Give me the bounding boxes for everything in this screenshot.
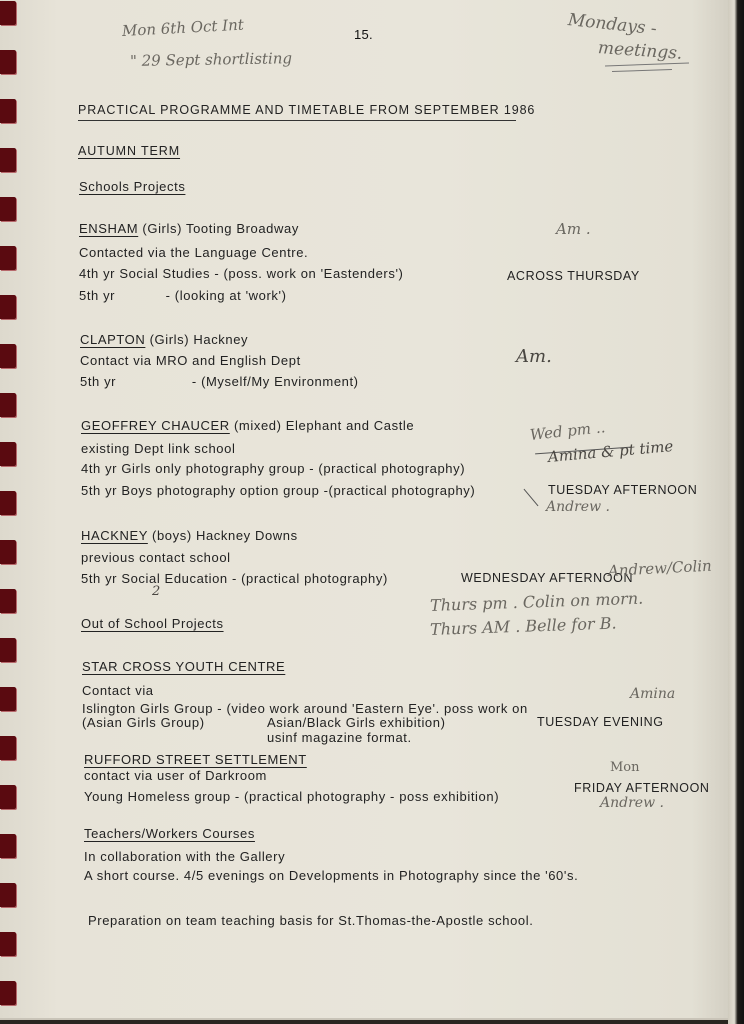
school-line: 5th yr Social Education - (practical pho… xyxy=(81,571,388,586)
binding-hole xyxy=(0,687,16,711)
handwritten-note: Andrew/Colin xyxy=(608,557,713,580)
schools-projects-heading: Schools Projects xyxy=(79,179,185,194)
binding-hole xyxy=(0,540,16,564)
binding-hole xyxy=(0,442,16,466)
underline-mark xyxy=(605,63,689,67)
school-line: 5th yr - (looking at 'work') xyxy=(79,288,287,303)
binding-hole xyxy=(0,246,16,270)
school-line: 4th yr Social Studies - (poss. work on '… xyxy=(79,266,403,281)
school-location: (Girls) Hackney xyxy=(145,332,248,347)
handwritten-note: Mon xyxy=(610,760,640,775)
school-name: HACKNEY xyxy=(81,528,148,543)
handwritten-note: Amina xyxy=(630,686,675,702)
school-name: GEOFFREY CHAUCER xyxy=(81,418,230,433)
handwritten-note-top-left-2: " 29 Sept shortlisting xyxy=(130,49,292,70)
school-line: Contacted via the Language Centre. xyxy=(79,245,308,260)
school-line: existing Dept link school xyxy=(81,441,235,456)
document-title: PRACTICAL PROGRAMME AND TIMETABLE FROM S… xyxy=(78,103,535,117)
course-line: In collaboration with the Gallery xyxy=(84,849,285,864)
notebook-page: Mon 6th Oct Int " 29 Sept shortlisting 1… xyxy=(0,0,728,1020)
binding-hole xyxy=(0,148,16,172)
project-line: usinf magazine format. xyxy=(267,730,412,745)
binding-hole xyxy=(0,197,16,221)
binding-hole xyxy=(0,50,16,74)
school-line: Contact via MRO and English Dept xyxy=(80,353,301,368)
school-heading-ensham: ENSHAM (Girls) Tooting Broadway xyxy=(79,221,299,236)
project-line: Islington Girls Group - (video work arou… xyxy=(82,701,528,716)
binding-hole xyxy=(0,981,16,1005)
project-line: Contact via xyxy=(82,683,154,698)
school-location: (Girls) Tooting Broadway xyxy=(138,221,299,236)
session-time: ACROSS THURSDAY xyxy=(507,269,640,283)
school-line: previous contact school xyxy=(81,550,231,565)
school-location: (mixed) Elephant and Castle xyxy=(230,418,414,433)
binding-hole xyxy=(0,589,16,613)
handwritten-note: Am . xyxy=(556,220,591,238)
binding-hole xyxy=(0,785,16,809)
handwritten-note: Andrew . xyxy=(600,795,664,811)
handwritten-note: Thurs pm . Colin on morn. xyxy=(430,589,644,615)
session-time: FRIDAY AFTERNOON xyxy=(574,781,710,795)
project-name-rufford: RUFFORD STREET SETTLEMENT xyxy=(84,752,307,767)
binding-hole xyxy=(0,736,16,760)
handwritten-note: Wed pm .. xyxy=(529,418,606,444)
school-name: CLAPTON xyxy=(80,332,145,347)
binding-hole xyxy=(0,834,16,858)
course-line: Preparation on team teaching basis for S… xyxy=(88,913,533,928)
out-of-school-heading: Out of School Projects xyxy=(81,616,224,631)
binding-hole xyxy=(0,99,16,123)
binding-hole xyxy=(0,295,16,319)
project-line: Young Homeless group - (practical photog… xyxy=(84,789,499,804)
handwritten-note: Amina & pt time xyxy=(547,437,674,466)
school-line: 4th yr Girls only photography group - (p… xyxy=(81,461,465,476)
courses-heading: Teachers/Workers Courses xyxy=(84,826,255,841)
school-heading-geoffrey-chaucer: GEOFFREY CHAUCER (mixed) Elephant and Ca… xyxy=(81,418,414,433)
binding-hole xyxy=(0,638,16,662)
binding-hole xyxy=(0,491,16,515)
binding-hole xyxy=(0,344,16,368)
school-line: 5th yr Boys photography option group -(p… xyxy=(81,483,475,498)
handwritten-note-top-right-1: Mondays - xyxy=(567,10,658,39)
project-name-star-cross: STAR CROSS YOUTH CENTRE xyxy=(82,659,285,674)
handwritten-note: Am. xyxy=(516,346,552,367)
school-location: (boys) Hackney Downs xyxy=(148,528,298,543)
handwritten-mark: 2 xyxy=(152,584,160,599)
binding-hole xyxy=(0,393,16,417)
handwritten-note-top-right-2: meetings. xyxy=(597,38,683,64)
school-line: 5th yr - (Myself/My Environment) xyxy=(80,374,359,389)
handwritten-note: Thurs AM . Belle for B. xyxy=(430,613,617,638)
session-time: TUESDAY EVENING xyxy=(537,715,664,729)
page-number: 15. xyxy=(354,27,373,42)
page-edge xyxy=(728,0,744,1024)
binding-hole xyxy=(0,1,16,25)
school-heading-hackney: HACKNEY (boys) Hackney Downs xyxy=(81,528,298,543)
arrow-mark xyxy=(524,489,539,506)
course-line: A short course. 4/5 evenings on Developm… xyxy=(84,868,578,883)
handwritten-note: Andrew . xyxy=(546,499,610,515)
binding-hole xyxy=(0,932,16,956)
handwritten-note-top-left-1: Mon 6th Oct Int xyxy=(122,16,245,40)
school-heading-clapton: CLAPTON (Girls) Hackney xyxy=(80,332,248,347)
title-underline xyxy=(78,120,516,121)
underline-mark xyxy=(612,69,672,72)
term-heading: AUTUMN TERM xyxy=(78,144,180,158)
session-time: TUESDAY AFTERNOON xyxy=(548,483,697,497)
project-line: contact via user of Darkroom xyxy=(84,768,267,783)
project-line: (Asian Girls Group) xyxy=(82,715,205,730)
binding-hole xyxy=(0,883,16,907)
school-name: ENSHAM xyxy=(79,221,138,236)
project-line: Asian/Black Girls exhibition) xyxy=(267,715,446,730)
